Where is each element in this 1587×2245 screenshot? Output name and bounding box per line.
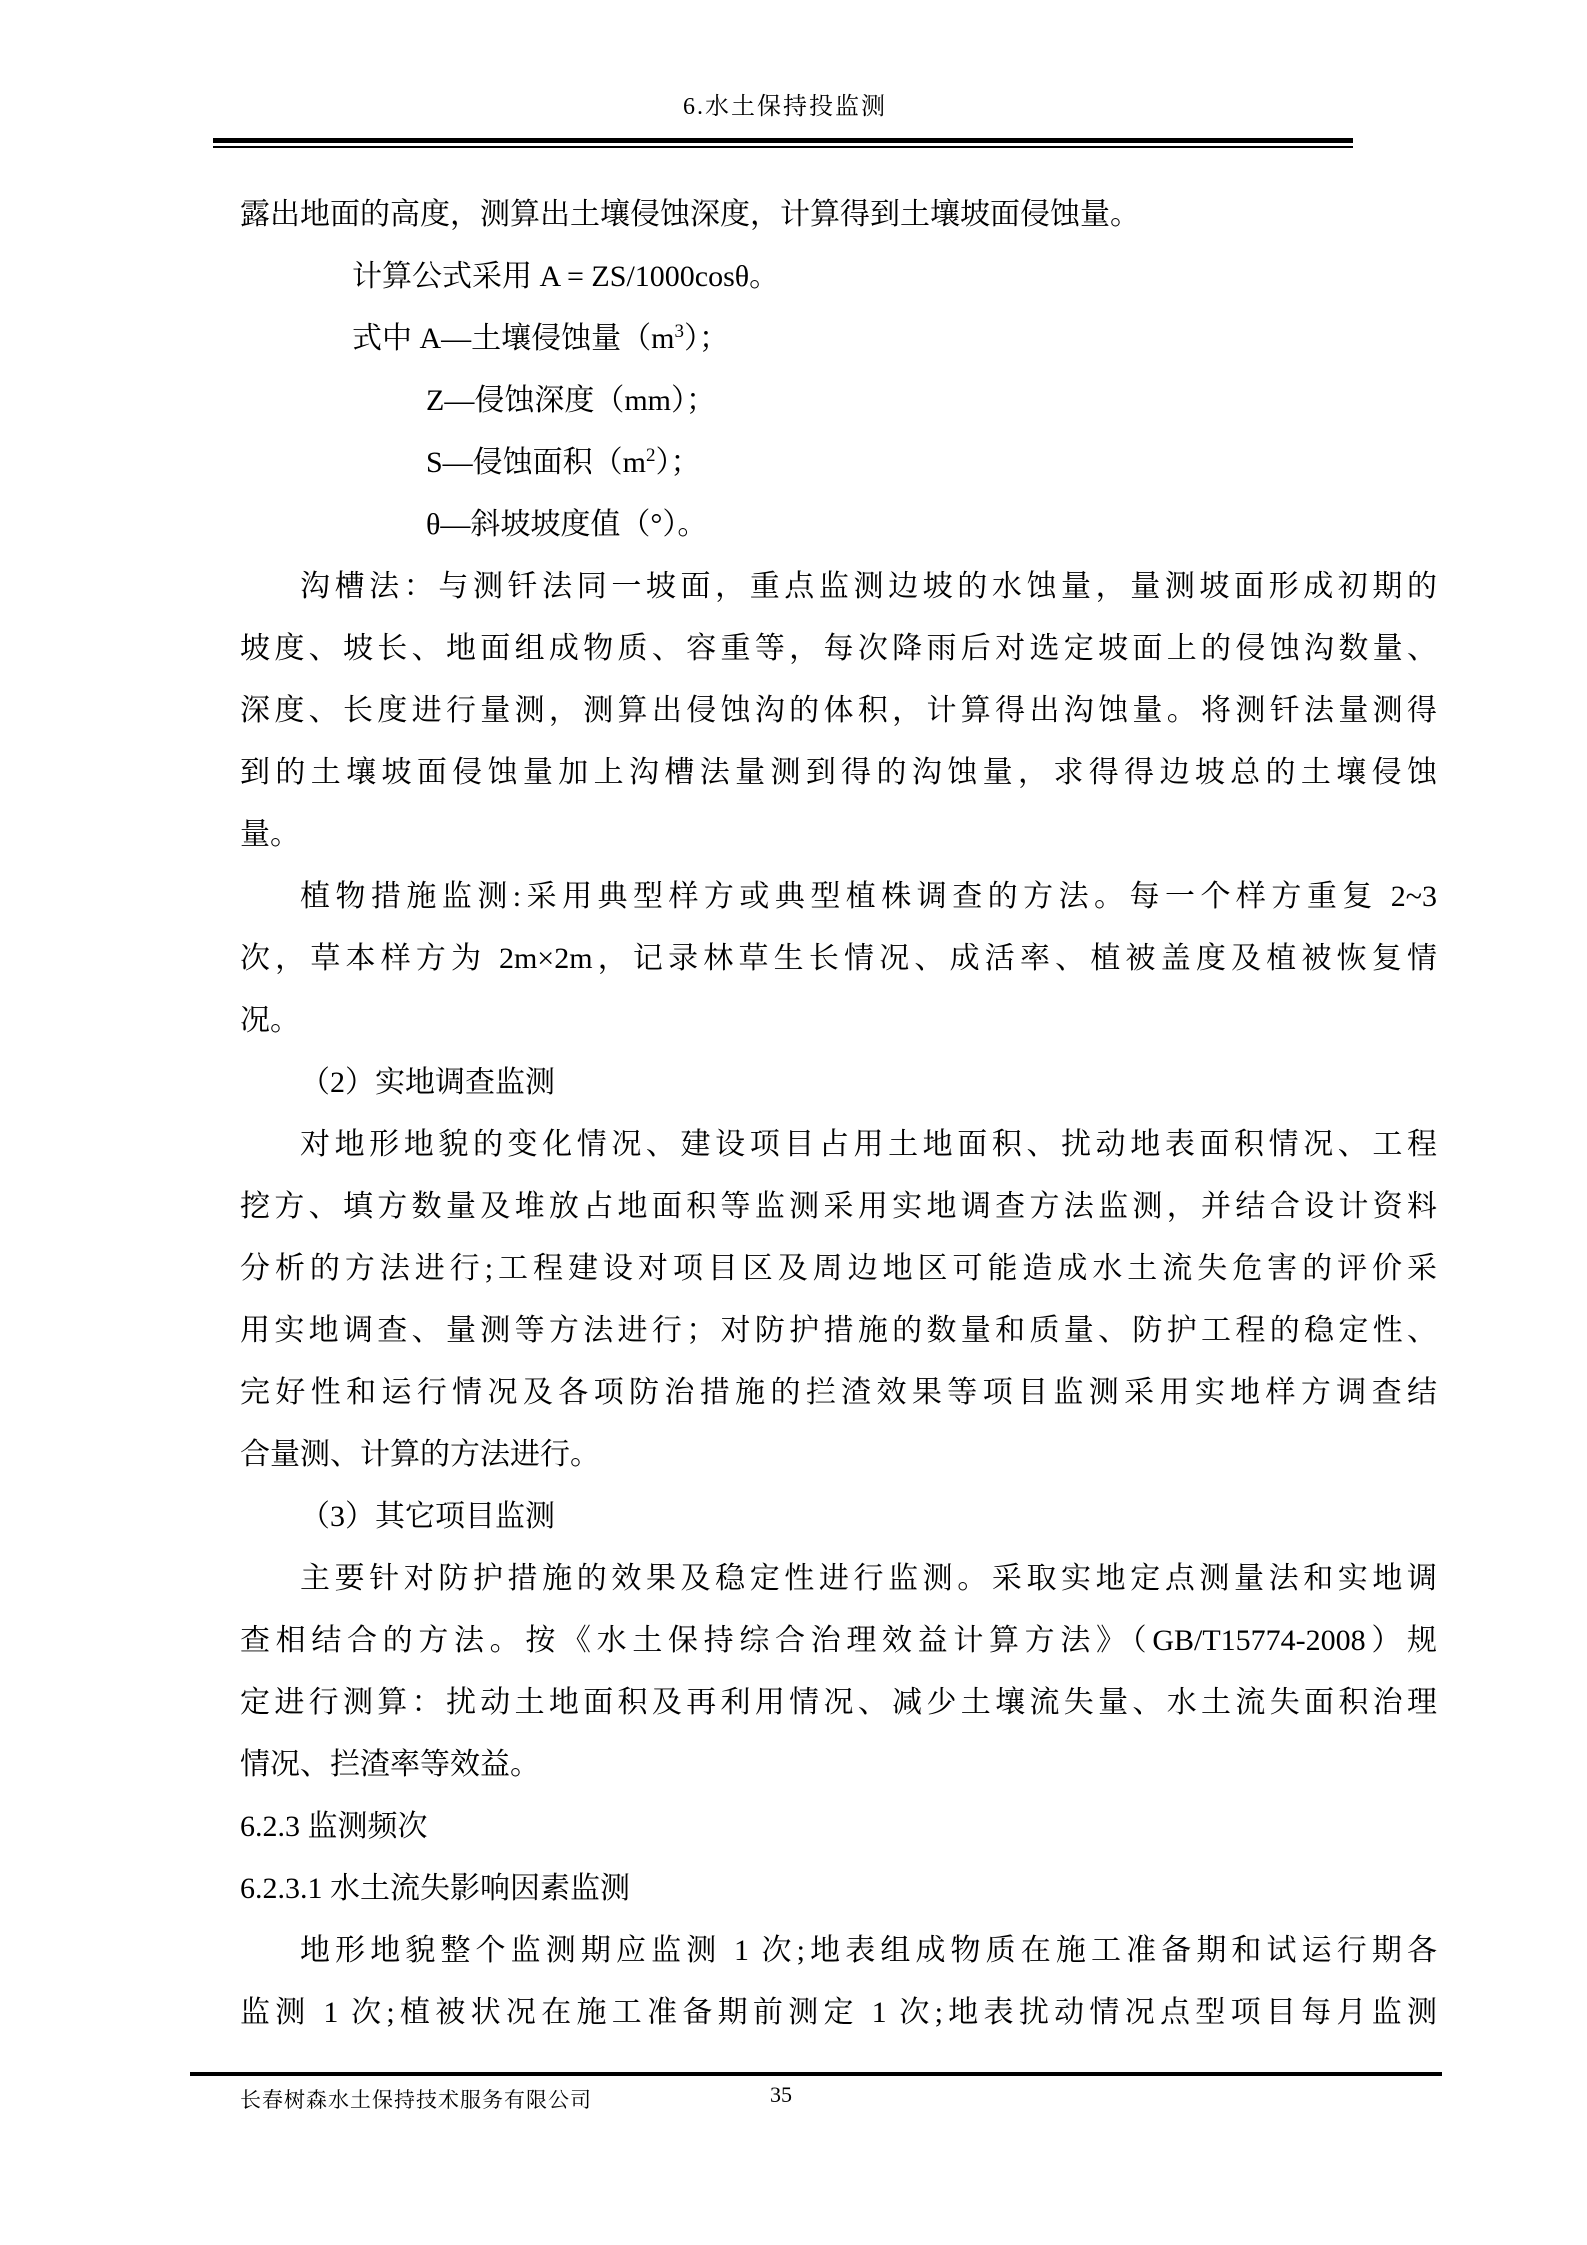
text-line: 到的土壤坡面侵蚀量加上沟槽法量测到得的沟蚀量，求得得边坡总的土壤侵蚀 [240,742,1437,804]
formula-var-line-a: 式中 A—土壤侵蚀量（m3）； [240,308,1437,370]
header-rule [213,138,1353,148]
text-line: 次，草本样方为 2m×2m，记录林草生长情况、成活率、植被盖度及植被恢复情 [240,928,1437,990]
document-page: 6.水土保持投监测 露出地面的高度，测算出土壤侵蚀深度，计算得到土壤坡面侵蚀量。… [0,0,1587,2245]
formula-var-line-s: S—侵蚀面积（m2）； [240,432,1437,494]
text-line: 坡度、坡长、地面组成物质、容重等，每次降雨后对选定坡面上的侵蚀沟数量、 [240,618,1437,680]
section-heading-6-2-3-1: 6.2.3.1 水土流失影响因素监测 [240,1858,1437,1920]
text-line: 分析的方法进行;工程建设对项目区及周边地区可能造成水土流失危害的评价采 [240,1238,1437,1300]
formula-var-pre: S—侵蚀面积（m [426,446,646,479]
text-line: 地形地貌整个监测期应监测 1 次;地表组成物质在施工准备期和试运行期各 [240,1920,1437,1982]
page-header-title: 6.水土保持投监测 [215,86,1355,121]
page-number: 35 [770,2082,792,2108]
superscript: 3 [675,321,685,342]
text-line: 植物措施监测:采用典型样方或典型植株调查的方法。每一个样方重复 2~3 [240,866,1437,928]
formula-var-post: ）； [684,322,729,355]
footer-rule [190,2072,1442,2076]
text-line: 完好性和运行情况及各项防治措施的拦渣效果等项目监测采用实地样方调查结 [240,1362,1437,1424]
footer-company-name: 长春树森水土保持技术服务有限公司 [240,2084,592,2114]
text-line: 沟槽法：与测钎法同一坡面，重点监测边坡的水蚀量，量测坡面形成初期的 [240,556,1437,618]
text-line: 露出地面的高度，测算出土壤侵蚀深度，计算得到土壤坡面侵蚀量。 [240,184,1437,246]
list-item-heading-3: （3）其它项目监测 [240,1486,1437,1548]
text-line: 况。 [240,990,1437,1052]
text-line: 深度、长度进行量测，测算出侵蚀沟的体积，计算得出沟蚀量。将测钎法量测得 [240,680,1437,742]
text-line: 对地形地貌的变化情况、建设项目占用土地面积、扰动地表面积情况、工程 [240,1114,1437,1176]
section-heading-6-2-3: 6.2.3 监测频次 [240,1796,1437,1858]
text-line: 挖方、填方数量及堆放占地面积等监测采用实地调查方法监测，并结合设计资料 [240,1176,1437,1238]
formula-line: 计算公式采用 A = ZS/1000cosθ。 [240,246,1437,308]
text-line: 合量测、计算的方法进行。 [240,1424,1437,1486]
formula-var-line-theta: θ—斜坡坡度值（°）。 [240,494,1437,556]
list-item-heading-2: （2）实地调查监测 [240,1052,1437,1114]
text-line: 量。 [240,804,1437,866]
text-line: 查相结合的方法。按《水土保持综合治理效益计算方法》（GB/T15774-2008… [240,1610,1437,1672]
superscript: 2 [646,445,656,466]
formula-var-post: ）； [656,446,701,479]
text-line: 情况、拦渣率等效益。 [240,1734,1437,1796]
document-body: 露出地面的高度，测算出土壤侵蚀深度，计算得到土壤坡面侵蚀量。 计算公式采用 A … [240,184,1437,2044]
text-line: 监测 1 次;植被状况在施工准备期前测定 1 次;地表扰动情况点型项目每月监测 [240,1982,1437,2044]
text-line: 主要针对防护措施的效果及稳定性进行监测。采取实地定点测量法和实地调 [240,1548,1437,1610]
text-line: 定进行测算：扰动土地面积及再利用情况、减少土壤流失量、水土流失面积治理 [240,1672,1437,1734]
formula-var-line-z: Z—侵蚀深度（mm）； [240,370,1437,432]
text-line: 用实地调查、量测等方法进行；对防护措施的数量和质量、防护工程的稳定性、 [240,1300,1437,1362]
formula-var-pre: 式中 A—土壤侵蚀量（m [352,322,675,355]
